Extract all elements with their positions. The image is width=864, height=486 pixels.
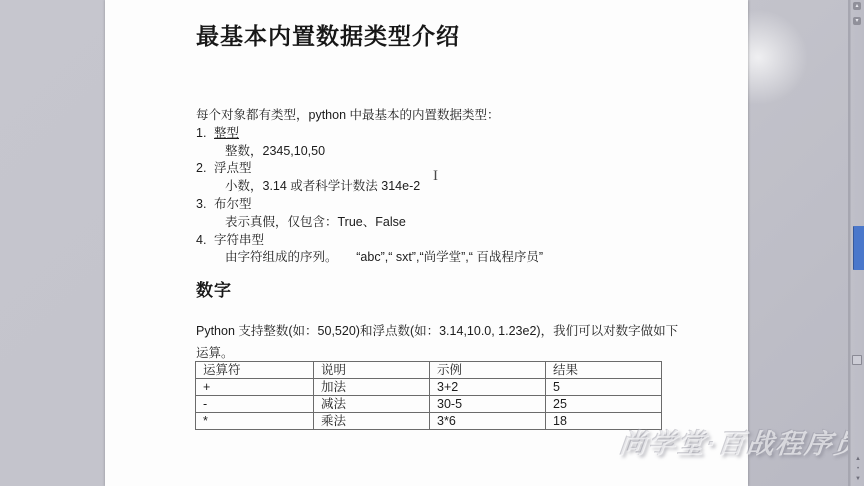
list-number: 1.: [196, 125, 214, 143]
browse-object-icon[interactable]: •: [854, 465, 862, 473]
video-frame: 最基本内置数据类型介绍 每个对象都有类型，python 中最基本的内置数据类型：…: [0, 0, 864, 486]
table-cell: 25: [546, 396, 662, 413]
table-row: + 加法 3+2 5: [196, 379, 662, 396]
browse-previous-icon[interactable]: ▲: [854, 455, 862, 463]
section-heading: 数字: [196, 276, 232, 301]
operators-table: 运算符 说明 示例 结果 + 加法 3+2 5 - 减法 30-5 25 * 乘…: [195, 361, 662, 430]
list-item: 1.整型: [196, 125, 676, 143]
intro-line: 每个对象都有类型，python 中最基本的内置数据类型：: [196, 107, 676, 125]
table-header-row: 运算符 说明 示例 结果: [196, 362, 662, 379]
document-page: 最基本内置数据类型介绍 每个对象都有类型，python 中最基本的内置数据类型：…: [105, 0, 748, 486]
list-term: 整型: [214, 126, 239, 140]
list-item: 3.布尔型: [196, 196, 676, 214]
table-cell: *: [196, 413, 314, 430]
table-cell: -: [196, 396, 314, 413]
list-term: 布尔型: [214, 197, 252, 211]
list-number: 3.: [196, 196, 214, 214]
scroll-handle-icon[interactable]: ▾: [853, 17, 861, 25]
table-header: 运算符: [196, 362, 314, 379]
table-cell: 乘法: [314, 413, 430, 430]
section-intro-line1: Python 支持整数(如：50,520)和浮点数(如：3.14,10.0, 1…: [196, 320, 676, 342]
table-header: 说明: [314, 362, 430, 379]
table-cell: 3*6: [430, 413, 546, 430]
list-item: 4.字符串型: [196, 232, 676, 250]
table-cell: 5: [546, 379, 662, 396]
table-cell: 3+2: [430, 379, 546, 396]
list-item-desc: 由字符组成的序列。 “abc”,“ sxt”,“尚学堂”,“ 百战程序员”: [196, 249, 676, 267]
document-body: 每个对象都有类型，python 中最基本的内置数据类型： 1.整型 整数，234…: [196, 107, 676, 267]
list-item-desc: 表示真假，仅包含：True、False: [196, 214, 676, 232]
list-number: 2.: [196, 160, 214, 178]
document-title: 最基本内置数据类型介绍: [196, 18, 460, 51]
table-cell: 减法: [314, 396, 430, 413]
browse-next-icon[interactable]: ▼: [854, 475, 862, 483]
text-cursor-ibeam: I: [431, 169, 440, 184]
section-intro: Python 支持整数(如：50,520)和浮点数(如：3.14,10.0, 1…: [196, 320, 676, 364]
table-cell: 加法: [314, 379, 430, 396]
list-number: 4.: [196, 232, 214, 250]
vertical-scrollbar[interactable]: ▴ ▾ ▲ • ▼: [848, 0, 864, 486]
list-term: 浮点型: [214, 161, 252, 175]
table-row: - 减法 30-5 25: [196, 396, 662, 413]
scrollbar-thumb[interactable]: [853, 226, 864, 270]
list-term: 字符串型: [214, 233, 264, 247]
brand-watermark: 尚学堂·百战程序员: [618, 422, 864, 461]
scrollbar-marker[interactable]: [852, 355, 862, 365]
list-item-desc: 整数，2345,10,50: [196, 143, 676, 161]
scroll-up-icon[interactable]: ▴: [853, 2, 861, 10]
table-row: * 乘法 3*6 18: [196, 413, 662, 430]
table-header: 结果: [546, 362, 662, 379]
table-header: 示例: [430, 362, 546, 379]
table-cell: +: [196, 379, 314, 396]
table-cell: 30-5: [430, 396, 546, 413]
